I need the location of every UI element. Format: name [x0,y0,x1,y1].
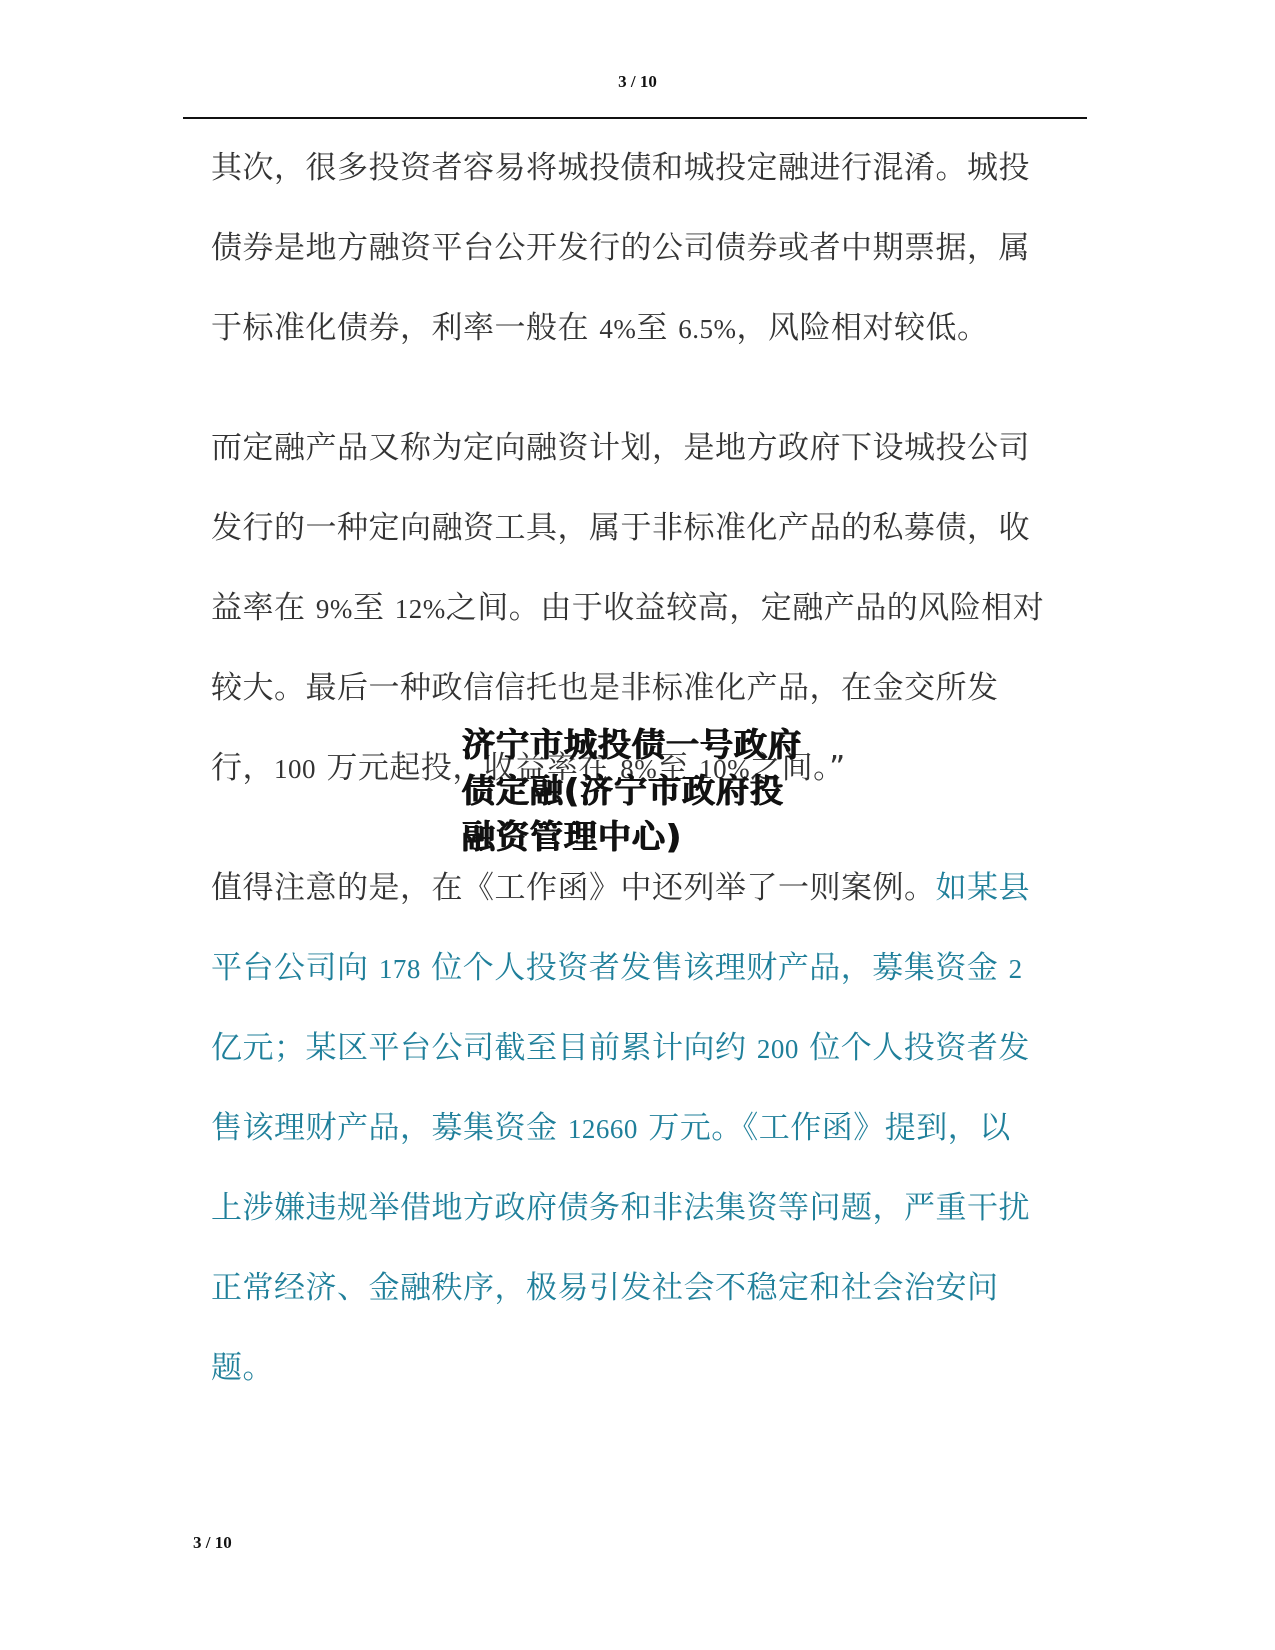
overlay-title-line: 融资管理中心) [462,814,832,860]
text-line: 题。 [211,1348,1061,1388]
text-span: 其次，很多投资者容易将城投债和城投定融进行混淆。城投 [211,150,1030,186]
overlay-title-line: 债定融(济宁市政府投 [462,768,832,814]
footer-page-number: 3 / 10 [193,1533,232,1553]
header-divider [183,117,1087,119]
paragraph-gap [211,388,1061,428]
text-line: 正常经济、金融秩序，极易引发社会不稳定和社会治安问 [211,1268,1061,1308]
text-line: 发行的一种定向融资工具，属于非标准化产品的私募债，收 [211,508,1061,548]
text-span: 如某县 [936,870,1031,906]
text-span: 而定融产品又称为定向融资计划，是地方政府下设城投公司 [211,430,1030,466]
text-span: 题。 [211,1350,274,1386]
header-page-number: 3 / 10 [0,72,1275,92]
text-span: 售该理财产品，募集资金 [211,1110,568,1146]
number-span: 2 [1009,954,1023,984]
text-line: 其次，很多投资者容易将城投债和城投定融进行混淆。城投 [211,148,1061,188]
text-span: 上涉嫌违规举借地方政府债务和非法集资等问题，严重干扰 [211,1190,1030,1226]
number-span: 6.5% [678,314,736,344]
text-line: 而定融产品又称为定向融资计划，是地方政府下设城投公司 [211,428,1061,468]
text-span: 益率在 [211,590,316,626]
paragraph: 值得注意的是，在《工作函》中还列举了一则案例。如某县平台公司向 178 位个人投… [211,868,1061,1388]
paragraph: 其次，很多投资者容易将城投债和城投定融进行混淆。城投债券是地方融资平台公开发行的… [211,148,1061,348]
text-span: 发行的一种定向融资工具，属于非标准化产品的私募债，收 [211,510,1030,546]
number-span: 178 [379,954,421,984]
text-line: 售该理财产品，募集资金 12660 万元。《工作函》提到，以 [211,1108,1061,1148]
text-span: 万元。《工作函》提到，以 [638,1110,1011,1146]
text-line: 亿元；某区平台公司截至目前累计向约 200 位个人投资者发 [211,1028,1061,1068]
text-span: 位个人投资者发 [799,1030,1030,1066]
text-span: 行， [211,750,274,786]
text-span: 值得注意的是，在《工作函》中还列举了一则案例。 [211,870,936,906]
text-span: 之间。由于收益较高，定融产品的风险相对 [446,590,1045,626]
overlay-title-line: 济宁市城投债一号政府 [462,722,832,768]
text-line: 值得注意的是，在《工作函》中还列举了一则案例。如某县 [211,868,1061,908]
text-line: 平台公司向 178 位个人投资者发售该理财产品，募集资金 2 [211,948,1061,988]
text-span: 至 [353,590,395,626]
text-line: 债券是地方融资平台公开发行的公司债券或者中期票据，属 [211,228,1061,268]
text-span: 至 [636,310,678,346]
text-span: 债券是地方融资平台公开发行的公司债券或者中期票据，属 [211,230,1030,266]
number-span: 12660 [568,1114,638,1144]
number-span: 12% [395,594,446,624]
text-line: 较大。最后一种政信信托也是非标准化产品，在金交所发 [211,668,1061,708]
text-span: 平台公司向 [211,950,379,986]
number-span: 4% [599,314,636,344]
text-line: 益率在 9%至 12%之间。由于收益较高，定融产品的风险相对 [211,588,1061,628]
text-span: 位个人投资者发售该理财产品，募集资金 [421,950,1009,986]
text-span: 较大。最后一种政信信托也是非标准化产品，在金交所发 [211,670,999,706]
text-line: 上涉嫌违规举借地方政府债务和非法集资等问题，严重干扰 [211,1188,1061,1228]
overlay-title: 济宁市城投债一号政府 债定融(济宁市政府投 融资管理中心) [462,722,832,860]
text-span: 于标准化债券，利率一般在 [211,310,599,346]
number-span: 200 [757,1034,799,1064]
text-span: ，风险相对较低。 [736,310,988,346]
text-span: 正常经济、金融秩序，极易引发社会不稳定和社会治安问 [211,1270,999,1306]
text-span: 亿元；某区平台公司截至目前累计向约 [211,1030,757,1066]
number-span: 100 [274,754,316,784]
text-line: 于标准化债券，利率一般在 4%至 6.5%，风险相对较低。 [211,308,1061,348]
number-span: 9% [316,594,353,624]
